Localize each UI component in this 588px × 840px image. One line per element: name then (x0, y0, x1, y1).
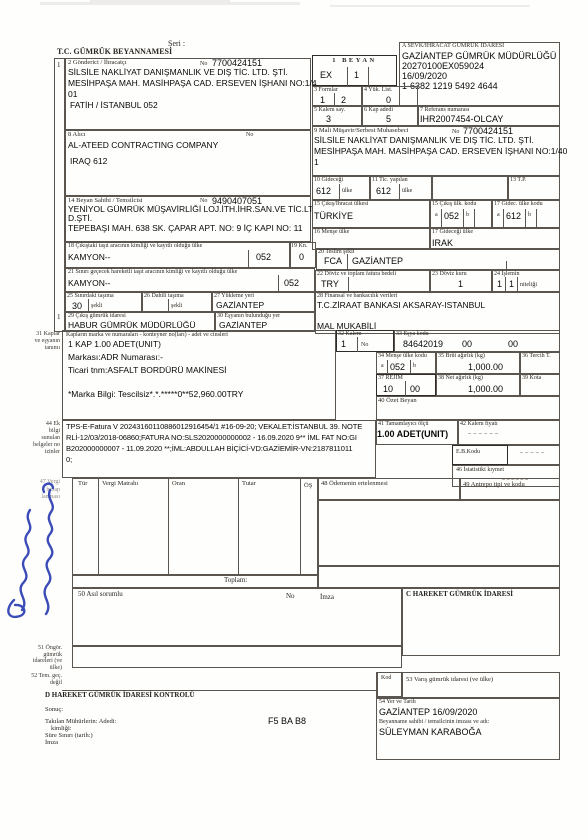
divider (168, 478, 169, 575)
box32-value: 1 (341, 339, 346, 349)
divider (536, 209, 537, 228)
box35-label: 35 Brüt ağırlık (kg) (438, 353, 485, 360)
box9-line1: SİLSİLE NAKLİYAT DANIŞMANLIK VE DIŞ TİC.… (314, 136, 534, 146)
box47-col-tur: Tür (78, 480, 87, 487)
box19-value: 0 (299, 252, 304, 262)
divider (410, 360, 411, 374)
faint-mark (520, 452, 544, 453)
box24-v1: 1 (497, 279, 502, 289)
box40-label: 40 Özet Beyan (378, 397, 417, 404)
box50-label: 50 Asıl sorumlu (78, 591, 123, 599)
divider (347, 254, 348, 269)
box1-label: 1 BEYAN (312, 57, 397, 64)
box9-label: 9 Mali Müşavir/Serbest Muhasebeci (314, 127, 408, 134)
box21-label: 21 Sınırı geçecek hareketli taşıt aracın… (68, 269, 237, 276)
box28-label: 28 Finansal ve bankacılık verileri (317, 293, 397, 300)
box15a-code: 052 (444, 211, 459, 221)
box22-label: 22 Döviz ve toplam fatura bedeli (317, 271, 396, 278)
divider (474, 209, 475, 228)
box49-label: 49 Antrepo tipi ve kodu (463, 481, 525, 488)
box20-label: 20 Teslim şekli (318, 249, 354, 256)
divider (348, 277, 349, 291)
box47-total-label: Toplam: (224, 577, 247, 585)
box9-line3: 1 (314, 158, 319, 168)
box25-value: 30 (72, 301, 82, 311)
box8-no-label: No (246, 132, 253, 139)
box18-country-code: 052 (256, 252, 271, 262)
box29-label: 29 Çıkış gümrük idaresi (68, 313, 126, 320)
box21-country-code: 052 (284, 278, 299, 288)
box44-side4: belgeler no (26, 442, 60, 449)
box53-label: 53 Varış gümrük idaresi (ve ülke) (406, 676, 493, 683)
box47-col-matrah: Vergi Matrahı (102, 480, 138, 487)
box33-hs-code: 84642019 (403, 339, 443, 349)
box47-col-tutar: Tutar (242, 480, 256, 487)
boxA-date: 16/09/2020 (402, 71, 447, 81)
box3-v1: 1 (320, 95, 325, 105)
box38-label: 38 Net ağırlık (kg) (438, 375, 483, 382)
box11-unit: ülke (402, 188, 412, 195)
box31-line2: Markası:ADR Numarası:- (68, 353, 163, 363)
box50-no-label: No (286, 593, 295, 601)
divider (441, 209, 442, 228)
box47-total-row (72, 575, 318, 588)
customs-declaration-scan: Seri : T.C. GÜMRÜK BEYANNAMESİ 1 1 2 Gön… (0, 0, 588, 840)
box11-value: 612 (376, 186, 391, 196)
boxA-registration-no: 20270100EX059024 (402, 61, 484, 71)
box14-line3: TEPEBAŞI MAH. 638 SK. ÇAPAR APT. NO: 9 İ… (68, 224, 302, 234)
box15a-b: b (466, 212, 469, 219)
box25-label: 25 Sınırdaki taşıma (67, 293, 114, 300)
box31-side3: tanımı (28, 345, 60, 352)
box27-value: GAZİANTEP (216, 301, 264, 311)
box37-v1: 10 (383, 384, 393, 394)
box47-col-os: ÖŞ (304, 482, 312, 489)
kod-label: Kod (381, 675, 391, 682)
box41-value: 1.00 ADET(UNIT) (377, 429, 448, 439)
box17-value: IRAK (432, 238, 453, 248)
box15a-a: a (435, 212, 438, 219)
box39-label: 39 Kota (522, 375, 541, 382)
box34-code: 052 (390, 362, 405, 372)
box54-sub-label: Beyanname sahibi / temsilcinin imzası ve… (379, 719, 489, 726)
copy-number-strip (54, 58, 65, 332)
box18-value: KAMYON-- (68, 253, 111, 263)
box44-side3: sunulan (26, 435, 60, 442)
box33-sub2: 00 (508, 339, 518, 349)
divider (505, 277, 506, 291)
box4-label: 4 Yük. List. (364, 87, 392, 94)
box10-unit: ülke (342, 188, 352, 195)
box37-label: 37 REJİM (378, 375, 403, 382)
box10-value: 612 (316, 186, 331, 196)
box30-label: 30 Eşyanın bulunduğu yer (217, 313, 280, 320)
box1-subtype: 1 (354, 70, 359, 80)
box5-label: 5 Kalem say. (314, 107, 345, 114)
box12-empty (432, 176, 508, 200)
box31-side1: 31 Kaplar (28, 331, 60, 338)
box44-line1: TPS-E-Fatura V 20243160110886012916454/1… (66, 423, 362, 432)
box21-value: KAMYON-- (68, 279, 111, 289)
box44-side1: 44 Ek (26, 421, 60, 428)
box22-currency: TRY (321, 279, 339, 289)
imza-label: İmza (45, 739, 58, 746)
box25-unit: şekli (91, 303, 102, 310)
box11-label: 11 Tic. yapılan (372, 177, 408, 184)
divider (88, 299, 89, 311)
divider (238, 478, 239, 575)
box54-signatory-name: SÜLEYMAN KARABOĞA (379, 727, 482, 737)
divider (399, 184, 400, 200)
divider (98, 478, 99, 575)
box44-line4: 0; (66, 456, 72, 465)
box47-col-oran: Oran (172, 480, 185, 487)
box33-label: 33 Eşya kodu (396, 331, 429, 338)
box31-side2: ve eşyanın (28, 338, 60, 345)
box31-line3: Ticari tnm:ASFALT BORDÜRÜ MAKİNESİ (68, 366, 227, 376)
box2-line3: 01 (68, 90, 77, 100)
box8-line2: IRAQ 612 (70, 157, 107, 167)
box23-label: 23 Döviz kuru (432, 271, 467, 278)
box51-side4: ülke) (20, 665, 62, 672)
box2-line1: SİLSİLE NAKLİYAT DANIŞMANLIK VE DIŞ TİC.… (68, 68, 288, 78)
box19-label: 19 Kn. (291, 243, 307, 250)
box34-b: b (413, 363, 416, 370)
box9-line2: MESİHPAŞA MAH. MASİHPAŞA CAD. ERSEVEN İŞ… (314, 147, 567, 157)
divider (525, 209, 526, 228)
box42-label: 42 Kalem fiyatı (460, 421, 498, 428)
divider (368, 67, 369, 86)
divider (347, 67, 348, 86)
box47-tax-table (72, 478, 318, 575)
box15-label: 15 Çıkış/İhracat ülkesi (314, 201, 368, 208)
box15-value: TÜRKİYE (314, 211, 353, 221)
box7-value: IHR2007454-OLCAY (420, 114, 503, 124)
box28-bank: T.C.ZİRAAT BANKASI AKSARAY-ISTANBUL (317, 301, 485, 311)
box34-label: 34 Menşe ülke kodu (378, 353, 427, 360)
box38-value: 1,000.00 (468, 384, 503, 394)
box36-label: 36 Tercih T. (522, 353, 551, 360)
box54-label: 54 Yer ve Tarih (379, 699, 416, 706)
boxA-label: A SEVK/İHRACAT GÜMRÜK İDARESİ (402, 43, 504, 50)
divider (334, 93, 335, 106)
box2-label: 2 Gönderici / İhracatçı (68, 59, 127, 66)
box18-label: 18 Çıkıştaki taşıt aracının kimliği ve k… (68, 243, 202, 250)
divider (357, 337, 358, 352)
box31-line4: *Marka Bilgi: Tescilsiz*.*.*****0**52,96… (68, 390, 243, 400)
box20-incoterm: FCA (324, 256, 342, 266)
accounting-details-box (318, 500, 560, 566)
divider (387, 360, 388, 374)
box15a-label: 15 Çıkış ülk. kodu (432, 201, 476, 208)
box17-label: 17 Gideceği ülke (432, 229, 473, 236)
box26-unit: şekli (171, 303, 182, 310)
box24-unit: niteliği (520, 282, 537, 289)
box41-label: 41 Tamamlayıcı ölçü (378, 421, 428, 428)
form-code: F5 BA B8 (268, 716, 306, 726)
box23-value: 1 (458, 279, 463, 289)
copy-number-bottom: 1 (57, 314, 61, 322)
box16-label: 16 Menşe ülke (314, 229, 349, 236)
handwritten-signature (0, 472, 70, 622)
divider (517, 277, 518, 291)
divider (248, 250, 249, 267)
box31-label: Kapların marka ve numaraları - konteyner… (66, 332, 228, 339)
box51-side3: idareleri (ve (20, 658, 62, 665)
box50-imza-label: İmza (320, 594, 334, 602)
eb-kodu-label: E.B.Kodu (456, 449, 480, 456)
divider (168, 299, 169, 311)
box17a-label: 17 Gidec. ülke kodu (494, 201, 543, 208)
box3-v2: 2 (341, 95, 346, 105)
box34-a: a (381, 363, 384, 370)
divider (278, 275, 279, 291)
box37-v2: 00 (410, 384, 420, 394)
divider (503, 209, 504, 228)
box31-line1: 1 KAP 1.00 ADET(UNIT) (68, 340, 161, 350)
box8-line1: AL-ATEED CONTRACTING COMPANY (68, 141, 218, 151)
sonuc-label: Sonuç: (45, 706, 63, 713)
box24-v2: 1 (509, 279, 514, 289)
scan-artifact (40, 2, 300, 5)
box6-label: 6 Kap adedi (364, 107, 393, 114)
box17a-a: a (497, 212, 500, 219)
divider (405, 381, 406, 396)
box4-value: 0 (386, 95, 391, 105)
box5-value: 3 (326, 114, 331, 124)
box32-no-label: No (361, 342, 368, 349)
right-band-box (318, 566, 560, 588)
box51-side1: 51 Öngör. (20, 645, 62, 652)
divider (463, 209, 464, 228)
box51-intended-offices (72, 646, 402, 668)
box52-side2: değil (20, 680, 62, 687)
box17a-code: 612 (506, 211, 521, 221)
box44-line2: RLİ-12/03/2018-06860;FATURA NO:SLS202000… (66, 434, 357, 443)
box54-place-date-value: GAZİANTEP 16/09/2020 (379, 707, 477, 717)
faint-mark (468, 433, 498, 434)
box35-value: 1,000.00 (468, 362, 503, 372)
copy-number-top: 1 (57, 62, 61, 70)
box20-place: GAZİANTEP (352, 256, 403, 266)
box8-label: 8 Alıcı (68, 131, 86, 138)
box7-label: 7 Referans numarası (420, 107, 469, 114)
box6-value: 5 (386, 114, 391, 124)
box44-side2: bilgi (26, 428, 60, 435)
boxA-office: GAZİANTEP GÜMRÜK MÜDÜRLÜĞÜ (402, 51, 556, 61)
box2-line4: FATİH / İSTANBUL 052 (70, 101, 158, 111)
box46-label: 46 İstatistiki kıymet (456, 467, 504, 474)
box1-type: EX (320, 70, 332, 80)
box24-label: 24 İşlemin (494, 271, 520, 278)
box10-label: 10 Gideceği (314, 177, 343, 184)
box44-side5: izinler (26, 449, 60, 456)
box26-label: 26 Dahili taşıma (144, 293, 184, 300)
box27-label: 27 Yükleme yeri (214, 293, 254, 300)
box44-line3: B202000000007 - 11.09.2020 **;İML:ABDULL… (66, 445, 352, 454)
divider (300, 478, 301, 575)
divider (339, 184, 340, 200)
box13-label: 13 T.P. (510, 177, 526, 184)
scan-artifact (330, 5, 530, 7)
box52-side1: 52 Tem. geç. (20, 673, 62, 680)
box2-line2: MESİHPAŞA MAH. MASİHPAŞA CAD. ERSEVEN İŞ… (68, 79, 317, 89)
boxC-label: C HAREKET GÜMRÜK İDARESİ (406, 591, 513, 599)
divider (506, 261, 507, 270)
box33-sub1: 00 (462, 339, 472, 349)
box48-label: 48 Ödemenin ertelenmesi (321, 480, 388, 487)
scan-artifact (90, 0, 230, 2)
box17a-b: b (528, 212, 531, 219)
box14-line1: YENİYOL GÜMRÜK MÜŞAVİRLİĞİ LOJ.İTH.İHR.S… (68, 205, 313, 215)
boxD-label: D HAREKET GÜMRÜK İDARESİ KONTROLÜ (45, 692, 195, 700)
